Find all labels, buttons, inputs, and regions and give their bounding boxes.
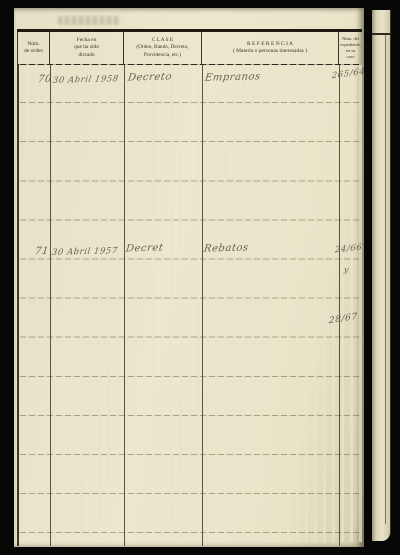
entry-71-fecha: 30 Abril 1957 bbox=[51, 246, 118, 258]
entry-71-num: 71 bbox=[34, 246, 49, 257]
header-clase: C L A S E (Orden, Bando, Decreto, Provid… bbox=[124, 32, 202, 64]
entry-70-clase: Decreto bbox=[127, 71, 173, 83]
scanned-ledger-spread: Núm. de orden Fecha en que ha sido dicta… bbox=[0, 0, 400, 555]
column-divider bbox=[124, 64, 125, 546]
header-fecha: Fecha en que ha sido dictado bbox=[50, 32, 124, 64]
next-page-column-line bbox=[385, 35, 386, 524]
next-page-header-line bbox=[372, 33, 390, 35]
entry-71-referencia: Rebatos bbox=[203, 242, 249, 254]
header-num-expediente: Núm. del expediente, en su caso bbox=[339, 32, 362, 64]
column-divider bbox=[339, 64, 340, 546]
next-page-edge bbox=[372, 10, 391, 541]
ledger-page: Núm. de orden Fecha en que ha sido dicta… bbox=[14, 8, 364, 547]
entry-71-clase: Decret bbox=[125, 243, 164, 255]
ruled-lines bbox=[17, 64, 362, 542]
column-divider bbox=[202, 64, 203, 546]
column-divider bbox=[50, 64, 51, 546]
header-num-de-orden: Núm. de orden bbox=[17, 32, 50, 64]
entry-70-referencia: Empranos bbox=[204, 71, 261, 83]
header-referencia: R E F E R E N C I A ( Materia o personas… bbox=[202, 32, 339, 64]
entry-70-num: 70 bbox=[37, 74, 52, 85]
entry-70-fecha: 30 Abril 1958 bbox=[52, 74, 119, 86]
column-divider bbox=[17, 64, 19, 546]
table-header-row: Núm. de orden Fecha en que ha sido dicta… bbox=[17, 32, 362, 65]
ink-smudge bbox=[58, 16, 120, 25]
